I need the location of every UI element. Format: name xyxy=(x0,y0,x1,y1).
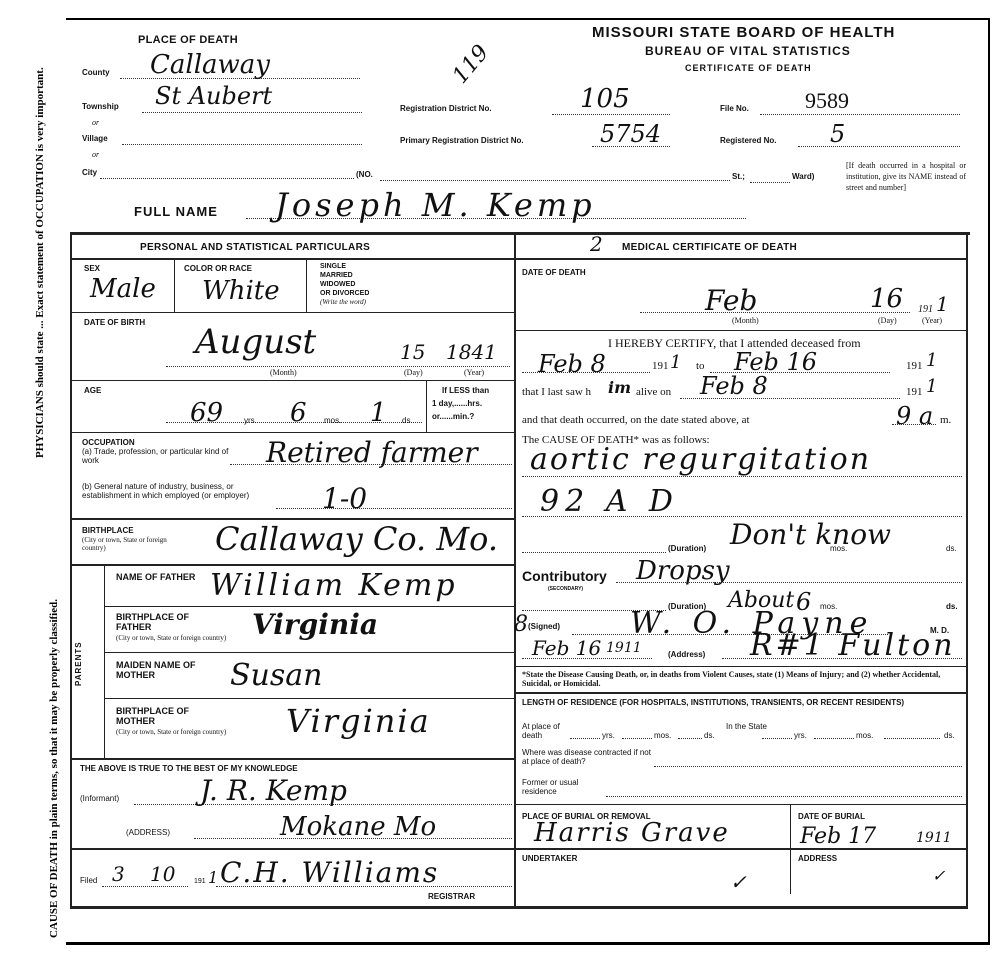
signed-date[interactable]: Feb 16 xyxy=(532,636,601,660)
dod-year-caption: (Year) xyxy=(922,316,942,325)
hospital-note: [If death occurred in a hospital or inst… xyxy=(846,160,966,193)
mother-birthplace-value[interactable]: Virginia xyxy=(286,702,431,740)
occupation-b-line xyxy=(276,508,512,509)
in-state-label: In the State xyxy=(726,722,776,731)
age-mos-label: mos. xyxy=(324,416,341,425)
full-name-label: FULL NAME xyxy=(134,204,218,219)
age-yrs-label: yrs. xyxy=(244,416,257,425)
dod-month-caption: (Month) xyxy=(732,316,759,325)
duration-primary-label: (Duration) xyxy=(668,544,706,553)
duration-primary-prefix-line xyxy=(522,552,666,553)
filed-month[interactable]: 3 xyxy=(112,862,125,886)
occupation-b-value[interactable]: 1-0 xyxy=(322,482,367,515)
registered-no-label: Registered No. xyxy=(720,136,776,145)
last-saw-text: that I last saw h xyxy=(522,386,591,398)
in-state-yrs-label: yrs. xyxy=(794,731,807,740)
informant-value[interactable]: J. R. Kemp xyxy=(200,774,347,807)
less-than-min: or......min.? xyxy=(432,410,489,423)
at-place-ds-line xyxy=(678,738,702,739)
registration-district-label: Registration District No. xyxy=(400,104,492,113)
less-than-hrs: 1 day,......hrs. xyxy=(432,397,489,410)
burial-place[interactable]: Harris Grave xyxy=(534,818,730,848)
or-label-1: or xyxy=(92,118,99,127)
birthplace-sub-label: (City or town, State or foreign country) xyxy=(82,536,192,552)
informant-label: (Informant) xyxy=(80,794,119,803)
marital-instruction: (Write the word) xyxy=(320,298,369,307)
occupation-b-label: (b) General nature of industry, business… xyxy=(82,482,282,500)
file-no-line xyxy=(760,114,960,115)
divider-father-name xyxy=(104,606,516,607)
last-saw-year[interactable]: 1 xyxy=(926,376,937,397)
city-label: City xyxy=(82,168,97,177)
file-no-value[interactable]: 9589 xyxy=(805,88,849,114)
attended-to-year[interactable]: 1 xyxy=(926,350,937,371)
dod-month[interactable]: Feb xyxy=(705,284,757,317)
divider-personal-heading xyxy=(70,258,516,260)
age-label: AGE xyxy=(84,386,101,395)
true-statement: THE ABOVE IS TRUE TO THE BEST OF MY KNOW… xyxy=(80,764,298,773)
divider-burial xyxy=(514,848,968,850)
duration-primary-ds-label: ds. xyxy=(946,544,957,553)
divider-dod xyxy=(514,330,968,331)
filed-year-prefix: 191 xyxy=(194,878,206,885)
right-border xyxy=(966,232,968,908)
margin-note-bottom: CAUSE OF DEATH in plain terms, so that i… xyxy=(48,599,60,938)
at-place-ds-label: ds. xyxy=(704,731,715,740)
cause-line-2[interactable]: 92 A D xyxy=(540,484,679,519)
at-place-mos-label: mos. xyxy=(654,731,671,740)
burial-year[interactable]: 1911 xyxy=(916,830,952,846)
marital-status-options: SINGLE MARRIED WIDOWED OR DIVORCED (Writ… xyxy=(320,262,369,307)
former-residence-line xyxy=(606,796,962,797)
margin-mark: 119 xyxy=(448,40,494,88)
duration-primary[interactable]: Don't know xyxy=(730,518,891,551)
township-line xyxy=(142,112,362,113)
village-line xyxy=(122,144,362,145)
mother-name-value[interactable]: Susan xyxy=(230,658,322,693)
divider-sex xyxy=(70,312,516,313)
medical-heading: MEDICAL CERTIFICATE OF DEATH xyxy=(622,242,797,253)
burial-date-label: DATE OF BURIAL xyxy=(798,812,865,821)
age-less-divider xyxy=(426,380,427,432)
race-marital-divider xyxy=(306,258,307,312)
undertaker-address-value[interactable]: ✓ xyxy=(932,866,945,885)
informant-address-value[interactable]: Mokane Mo xyxy=(280,812,436,842)
race-label: COLOR OR RACE xyxy=(184,264,252,273)
death-time[interactable]: 9 a xyxy=(896,402,933,430)
last-saw-date[interactable]: Feb 8 xyxy=(700,372,768,400)
signed-year[interactable]: 1911 xyxy=(606,640,642,656)
street-no-label: (NO. xyxy=(356,170,373,179)
personal-heading: PERSONAL AND STATISTICAL PARTICULARS xyxy=(140,242,370,253)
in-state-ds-line xyxy=(884,738,940,739)
place-of-death-heading: PLACE OF DEATH xyxy=(138,34,238,46)
filed-day[interactable]: 10 xyxy=(150,862,175,886)
age-years[interactable]: 69 xyxy=(190,398,223,428)
divider-mother-name xyxy=(104,698,516,699)
registered-no-value[interactable]: 5 xyxy=(830,120,845,148)
board-title: MISSOURI STATE BOARD OF HEALTH xyxy=(592,24,895,41)
registration-district-line xyxy=(552,114,670,115)
marital-single: SINGLE xyxy=(320,262,369,271)
informant-address-label: (ADDRESS) xyxy=(126,828,170,837)
dod-day[interactable]: 16 xyxy=(870,284,903,314)
parents-label: PARENTS xyxy=(74,641,83,686)
age-months[interactable]: 6 xyxy=(290,398,307,428)
sex-race-divider xyxy=(174,258,175,312)
secondary-label: (SECONDARY) xyxy=(548,586,583,592)
signed-label: (Signed) xyxy=(528,622,560,631)
dod-year[interactable]: 1 xyxy=(936,292,949,316)
dod-year-prefix: 191 xyxy=(918,304,933,315)
marital-divorced: OR DIVORCED xyxy=(320,289,369,298)
county-value[interactable]: Callaway xyxy=(150,50,270,80)
father-name-label: NAME OF FATHER xyxy=(116,572,196,582)
alive-on-label: alive on xyxy=(636,386,671,398)
dod-day-caption: (Day) xyxy=(878,316,897,325)
cause-line-2-rule xyxy=(522,516,962,517)
death-occurred-text: and that death occurred, on the date sta… xyxy=(522,414,750,426)
divider-bottom xyxy=(70,906,968,909)
signed-mark: 8 xyxy=(514,612,528,637)
street-label: St.; xyxy=(732,172,745,181)
filed-date-line xyxy=(102,886,188,887)
in-state-ds-label: ds. xyxy=(944,731,955,740)
margin-note-top: PHYSICIANS should state ... Exact statem… xyxy=(34,67,46,458)
bureau-title: BUREAU OF VITAL STATISTICS xyxy=(645,44,851,58)
divider-age xyxy=(70,432,516,433)
mother-birthplace-label: BIRTHPLACE OF MOTHER xyxy=(116,706,206,726)
contracted-line xyxy=(654,766,962,767)
street-line xyxy=(380,180,730,181)
cause-line-1[interactable]: aortic regurgitation xyxy=(530,442,871,477)
divider-birthplace xyxy=(70,564,516,566)
contributory-label: Contributory xyxy=(522,568,607,584)
undertaker-value[interactable]: ✓ xyxy=(730,870,747,894)
city-line xyxy=(100,178,354,179)
divider-father-birthplace xyxy=(104,652,516,653)
dob-year-caption: (Year) xyxy=(464,368,484,377)
dob-day[interactable]: 15 xyxy=(400,340,425,364)
dob-year[interactable]: 1841 xyxy=(446,340,497,364)
at-place-label: At place of death xyxy=(522,722,572,740)
sex-value[interactable]: Male xyxy=(90,274,156,304)
ward-label: Ward) xyxy=(792,172,814,181)
certificate-title: CERTIFICATE OF DEATH xyxy=(685,63,812,73)
primary-registration-label: Primary Registration District No. xyxy=(400,136,524,145)
divider-informant xyxy=(70,848,516,850)
undertaker-label: UNDERTAKER xyxy=(522,854,577,863)
residence-heading: LENGTH OF RESIDENCE (FOR HOSPITALS, INST… xyxy=(522,698,962,707)
in-state-yrs-line xyxy=(762,738,792,739)
at-place-yrs-label: yrs. xyxy=(602,731,615,740)
duration-contributory-ds-label: ds. xyxy=(946,602,958,611)
age-ds-label: ds. xyxy=(402,416,413,425)
divider-footnote xyxy=(514,692,968,694)
mother-birthplace-sub: (City or town, State or foreign country) xyxy=(116,728,226,736)
duration-primary-mos-label: mos. xyxy=(830,544,847,553)
less-than-day-box: If LESS than 1 day,......hrs. or......mi… xyxy=(432,384,489,423)
attended-from[interactable]: Feb 8 xyxy=(538,350,606,378)
dob-day-caption: (Day) xyxy=(404,368,423,377)
dob-label: DATE OF BIRTH xyxy=(84,318,145,327)
attended-to-year-prefix: 191 xyxy=(906,360,923,372)
medical-heading-mark: 2 xyxy=(590,232,603,256)
registration-district-value[interactable]: 105 xyxy=(580,84,630,114)
divider-medical-heading xyxy=(514,258,968,260)
father-birthplace-label: BIRTHPLACE OF FATHER xyxy=(116,612,206,632)
county-label: County xyxy=(82,68,110,77)
parents-divider xyxy=(104,564,105,760)
cause-line-1-rule xyxy=(522,476,962,477)
filed-label: Filed xyxy=(80,876,97,885)
dob-month-caption: (Month) xyxy=(270,368,297,377)
death-certificate-form: PLACE OF DEATH MISSOURI STATE BOARD OF H… xyxy=(70,22,970,907)
dob-line xyxy=(166,366,510,367)
occupation-label: OCCUPATION (a) Trade, profession, or par… xyxy=(82,438,242,465)
occupation-heading: OCCUPATION xyxy=(82,438,242,447)
divider-dob xyxy=(70,380,516,381)
township-label: Township xyxy=(82,102,119,111)
left-border xyxy=(70,232,72,908)
filed-year[interactable]: 1 xyxy=(208,868,218,887)
ward-line xyxy=(750,182,790,183)
registrar-label: REGISTRAR xyxy=(428,892,475,901)
registered-no-line xyxy=(798,146,960,147)
sex-label: SEX xyxy=(84,264,100,273)
former-residence-label: Former or usual residence xyxy=(522,778,602,796)
in-state-mos-line xyxy=(814,738,854,739)
attended-from-year-prefix: 191 xyxy=(652,360,669,372)
occupation-a-value[interactable]: Retired farmer xyxy=(266,436,478,469)
contracted-label: Where was disease contracted if not at p… xyxy=(522,748,652,766)
signed-date-line xyxy=(522,658,652,659)
undertaker-address-label: ADDRESS xyxy=(798,854,837,863)
contributory-value[interactable]: Dropsy xyxy=(636,556,730,586)
physician-address-label: (Address) xyxy=(668,650,705,659)
divider-signed xyxy=(514,666,968,667)
marital-married: MARRIED xyxy=(320,271,369,280)
attended-from-year[interactable]: 1 xyxy=(670,352,681,373)
to-label: to xyxy=(696,360,705,372)
race-value[interactable]: White xyxy=(202,276,280,306)
father-birthplace-value[interactable]: Virginia xyxy=(252,608,378,641)
birthplace-value[interactable]: Callaway Co. Mo. xyxy=(215,520,498,558)
age-days[interactable]: 1 xyxy=(370,398,387,428)
burial-date[interactable]: Feb 17 xyxy=(800,824,876,849)
less-than-label: If LESS than xyxy=(432,384,489,397)
occupation-a-label: (a) Trade, profession, or particular kin… xyxy=(82,447,242,465)
margin-instructions: CAUSE OF DEATH in plain terms, so that i… xyxy=(14,18,66,945)
at-place-mos-line xyxy=(622,738,652,739)
divider-top xyxy=(70,232,970,235)
dob-month[interactable]: August xyxy=(195,322,316,362)
marital-widowed: WIDOWED xyxy=(320,280,369,289)
in-state-mos-label: mos. xyxy=(856,731,873,740)
divider-residence xyxy=(514,804,968,805)
physician-address[interactable]: R#1 Fulton xyxy=(750,628,956,663)
full-name-value[interactable]: Joseph M. Kemp xyxy=(275,186,596,224)
dod-label: DATE OF DEATH xyxy=(522,268,586,277)
file-no-label: File No. xyxy=(720,104,749,113)
death-time-suffix: m. xyxy=(940,414,951,426)
village-label: Village xyxy=(82,134,108,143)
mother-name-label: MAIDEN NAME OF MOTHER xyxy=(116,660,206,680)
father-birthplace-sub: (City or town, State or foreign country) xyxy=(116,634,226,642)
cause-footnote: *State the Disease Causing Death, or, in… xyxy=(522,670,962,688)
or-label-2: or xyxy=(92,150,99,159)
primary-registration-value[interactable]: 5754 xyxy=(600,120,661,148)
divider-parents xyxy=(70,758,516,760)
last-saw-year-prefix: 191 xyxy=(906,386,923,398)
birthplace-label: BIRTHPLACE xyxy=(82,526,134,535)
township-value[interactable]: St Aubert xyxy=(155,82,272,110)
registrar-signature[interactable]: C.H. Williams xyxy=(220,856,439,889)
at-place-yrs-line xyxy=(570,738,600,739)
father-name-value[interactable]: William Kemp xyxy=(210,568,458,603)
last-saw-pronoun[interactable]: im xyxy=(608,378,631,397)
column-divider xyxy=(514,232,516,908)
